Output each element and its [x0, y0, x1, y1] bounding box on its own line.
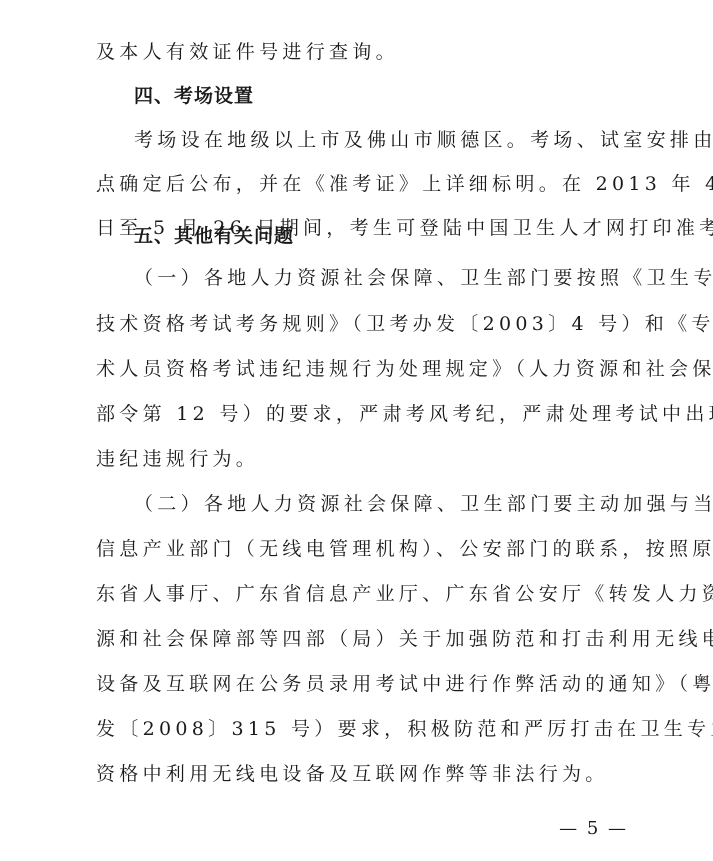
- body-line: 点确定后公布，并在《准考证》上详细标明。在 2013 年 4 月 25: [96, 172, 636, 196]
- body-line: 考场设在地级以上市及佛山市顺德区。考场、试室安排由考: [134, 128, 634, 152]
- section-heading-4: 四、考场设置: [134, 84, 634, 108]
- body-line: 术人员资格考试违纪违规行为处理规定》（人力资源和社会保障: [96, 357, 636, 381]
- document-page: 及本人有效证件号进行查询。 四、考场设置 考场设在地级以上市及佛山市顺德区。考场…: [0, 0, 713, 861]
- page-number: — 5 —: [559, 818, 628, 839]
- body-line: （二）各地人力资源社会保障、卫生部门要主动加强与当地: [134, 492, 634, 516]
- body-line: 东省人事厅、广东省信息产业厅、广东省公安厅《转发人力资: [96, 582, 636, 606]
- body-line: 技术资格考试考务规则》（卫考办发〔2003〕4 号）和《专业技: [96, 312, 636, 336]
- body-line: 违纪违规行为。: [96, 447, 636, 471]
- body-line: 设备及互联网在公务员录用考试中进行作弊活动的通知》（粤人: [96, 672, 636, 696]
- body-line: 及本人有效证件号进行查询。: [96, 40, 636, 64]
- body-line: 部令第 12 号）的要求，严肃考风考纪，严肃处理考试中出现的: [96, 402, 636, 426]
- body-line: 发〔2008〕315 号）要求，积极防范和严厉打击在卫生专业技术: [96, 717, 636, 741]
- body-line: 信息产业部门（无线电管理机构）、公安部门的联系，按照原广: [96, 537, 636, 561]
- body-line: （一）各地人力资源社会保障、卫生部门要按照《卫生专业: [134, 266, 634, 290]
- body-line: 资格中利用无线电设备及互联网作弊等非法行为。: [96, 762, 636, 786]
- section-heading-5: 五、其他有关问题: [134, 224, 634, 248]
- body-line: 源和社会保障部等四部（局）关于加强防范和打击利用无线电: [96, 627, 636, 651]
